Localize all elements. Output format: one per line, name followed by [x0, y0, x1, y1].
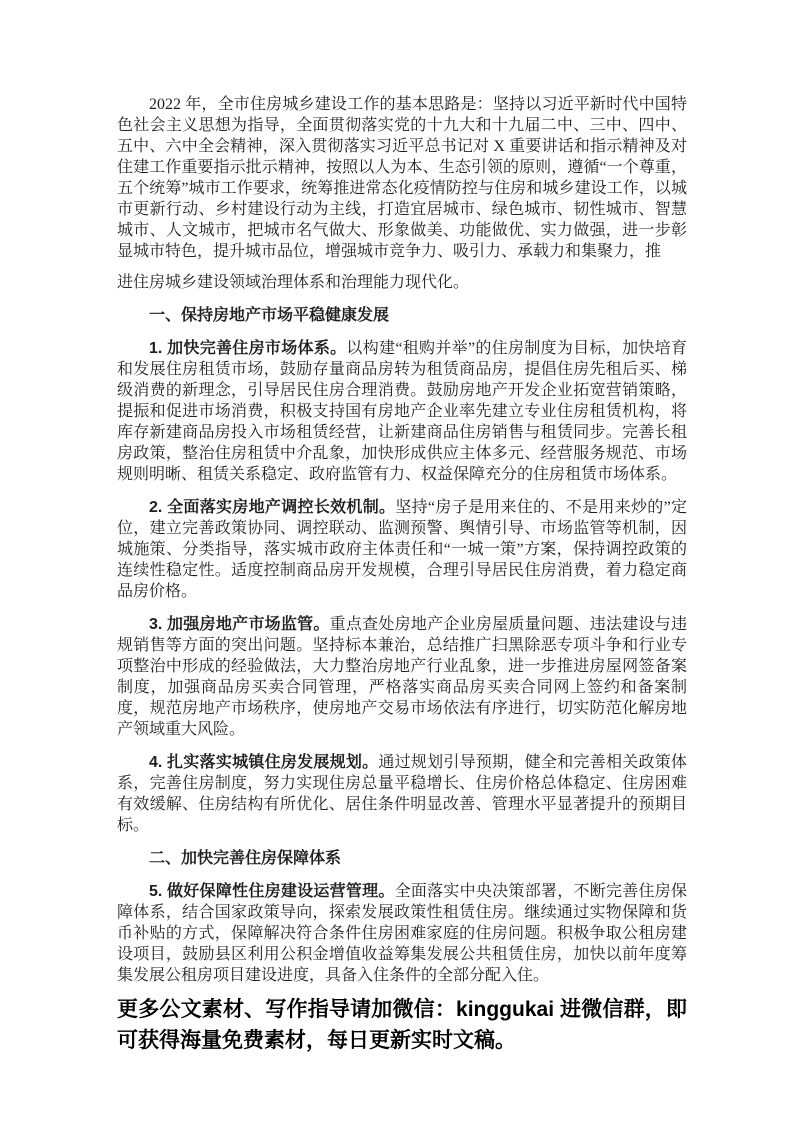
paragraph-1-lead: 1. 加快完善住房市场体系。 — [149, 340, 346, 357]
policy-paragraph-1: 1. 加快完善住房市场体系。以构建“租购并举”的住房制度为目标，加快培育和发展住… — [117, 338, 687, 485]
paragraph-3-lead: 3. 加强房地产市场监管。 — [149, 616, 330, 633]
policy-paragraph-2: 2. 全面落实房地产调控长效机制。坚持“房子是用来住的、不是用来炒的”定位，建立… — [117, 497, 687, 602]
section-2-heading: 二、加快完善住房保障体系 — [117, 848, 687, 869]
paragraph-1-body: 以构建“租购并举”的住房制度为目标，加快培育和发展住房租赁市场，鼓励存量商品房转… — [117, 340, 687, 483]
paragraph-2-lead: 2. 全面落实房地产调控长效机制。 — [149, 499, 395, 516]
promo-footer: 更多公文素材、写作指导请加微信：kinggukai 进微信群，即可获得海量免费素… — [117, 994, 687, 1056]
section-1-heading: 一、保持房地产市场平稳健康发展 — [117, 305, 687, 326]
paragraph-4-lead: 4. 扎实落实城镇住房发展规划。 — [149, 754, 378, 771]
paragraph-5-lead: 5. 做好保障性住房建设运营管理。 — [149, 883, 395, 900]
policy-paragraph-4: 4. 扎实落实城镇住房发展规划。通过规划引导预期，健全和完善相关政策体系，完善住… — [117, 752, 687, 836]
policy-paragraph-3: 3. 加强房地产市场监管。重点查处房地产企业房屋质量问题、违法建设与违规销售等方… — [117, 614, 687, 740]
policy-paragraph-5: 5. 做好保障性住房建设运营管理。全面落实中央决策部署，不断完善住房保障体系，结… — [117, 881, 687, 986]
intro-paragraph-tail: 进住房城乡建设领域治理体系和治理能力现代化。 — [117, 272, 687, 293]
paragraph-3-body: 重点查处房地产企业房屋质量问题、违法建设与违规销售等方面的突出问题。坚持标本兼治… — [117, 616, 687, 738]
intro-paragraph: 2022 年，全市住房城乡建设工作的基本思路是：坚持以习近平新时代中国特色社会主… — [117, 94, 687, 262]
document-page: 2022 年，全市住房城乡建设工作的基本思路是：坚持以习近平新时代中国特色社会主… — [0, 0, 793, 1122]
